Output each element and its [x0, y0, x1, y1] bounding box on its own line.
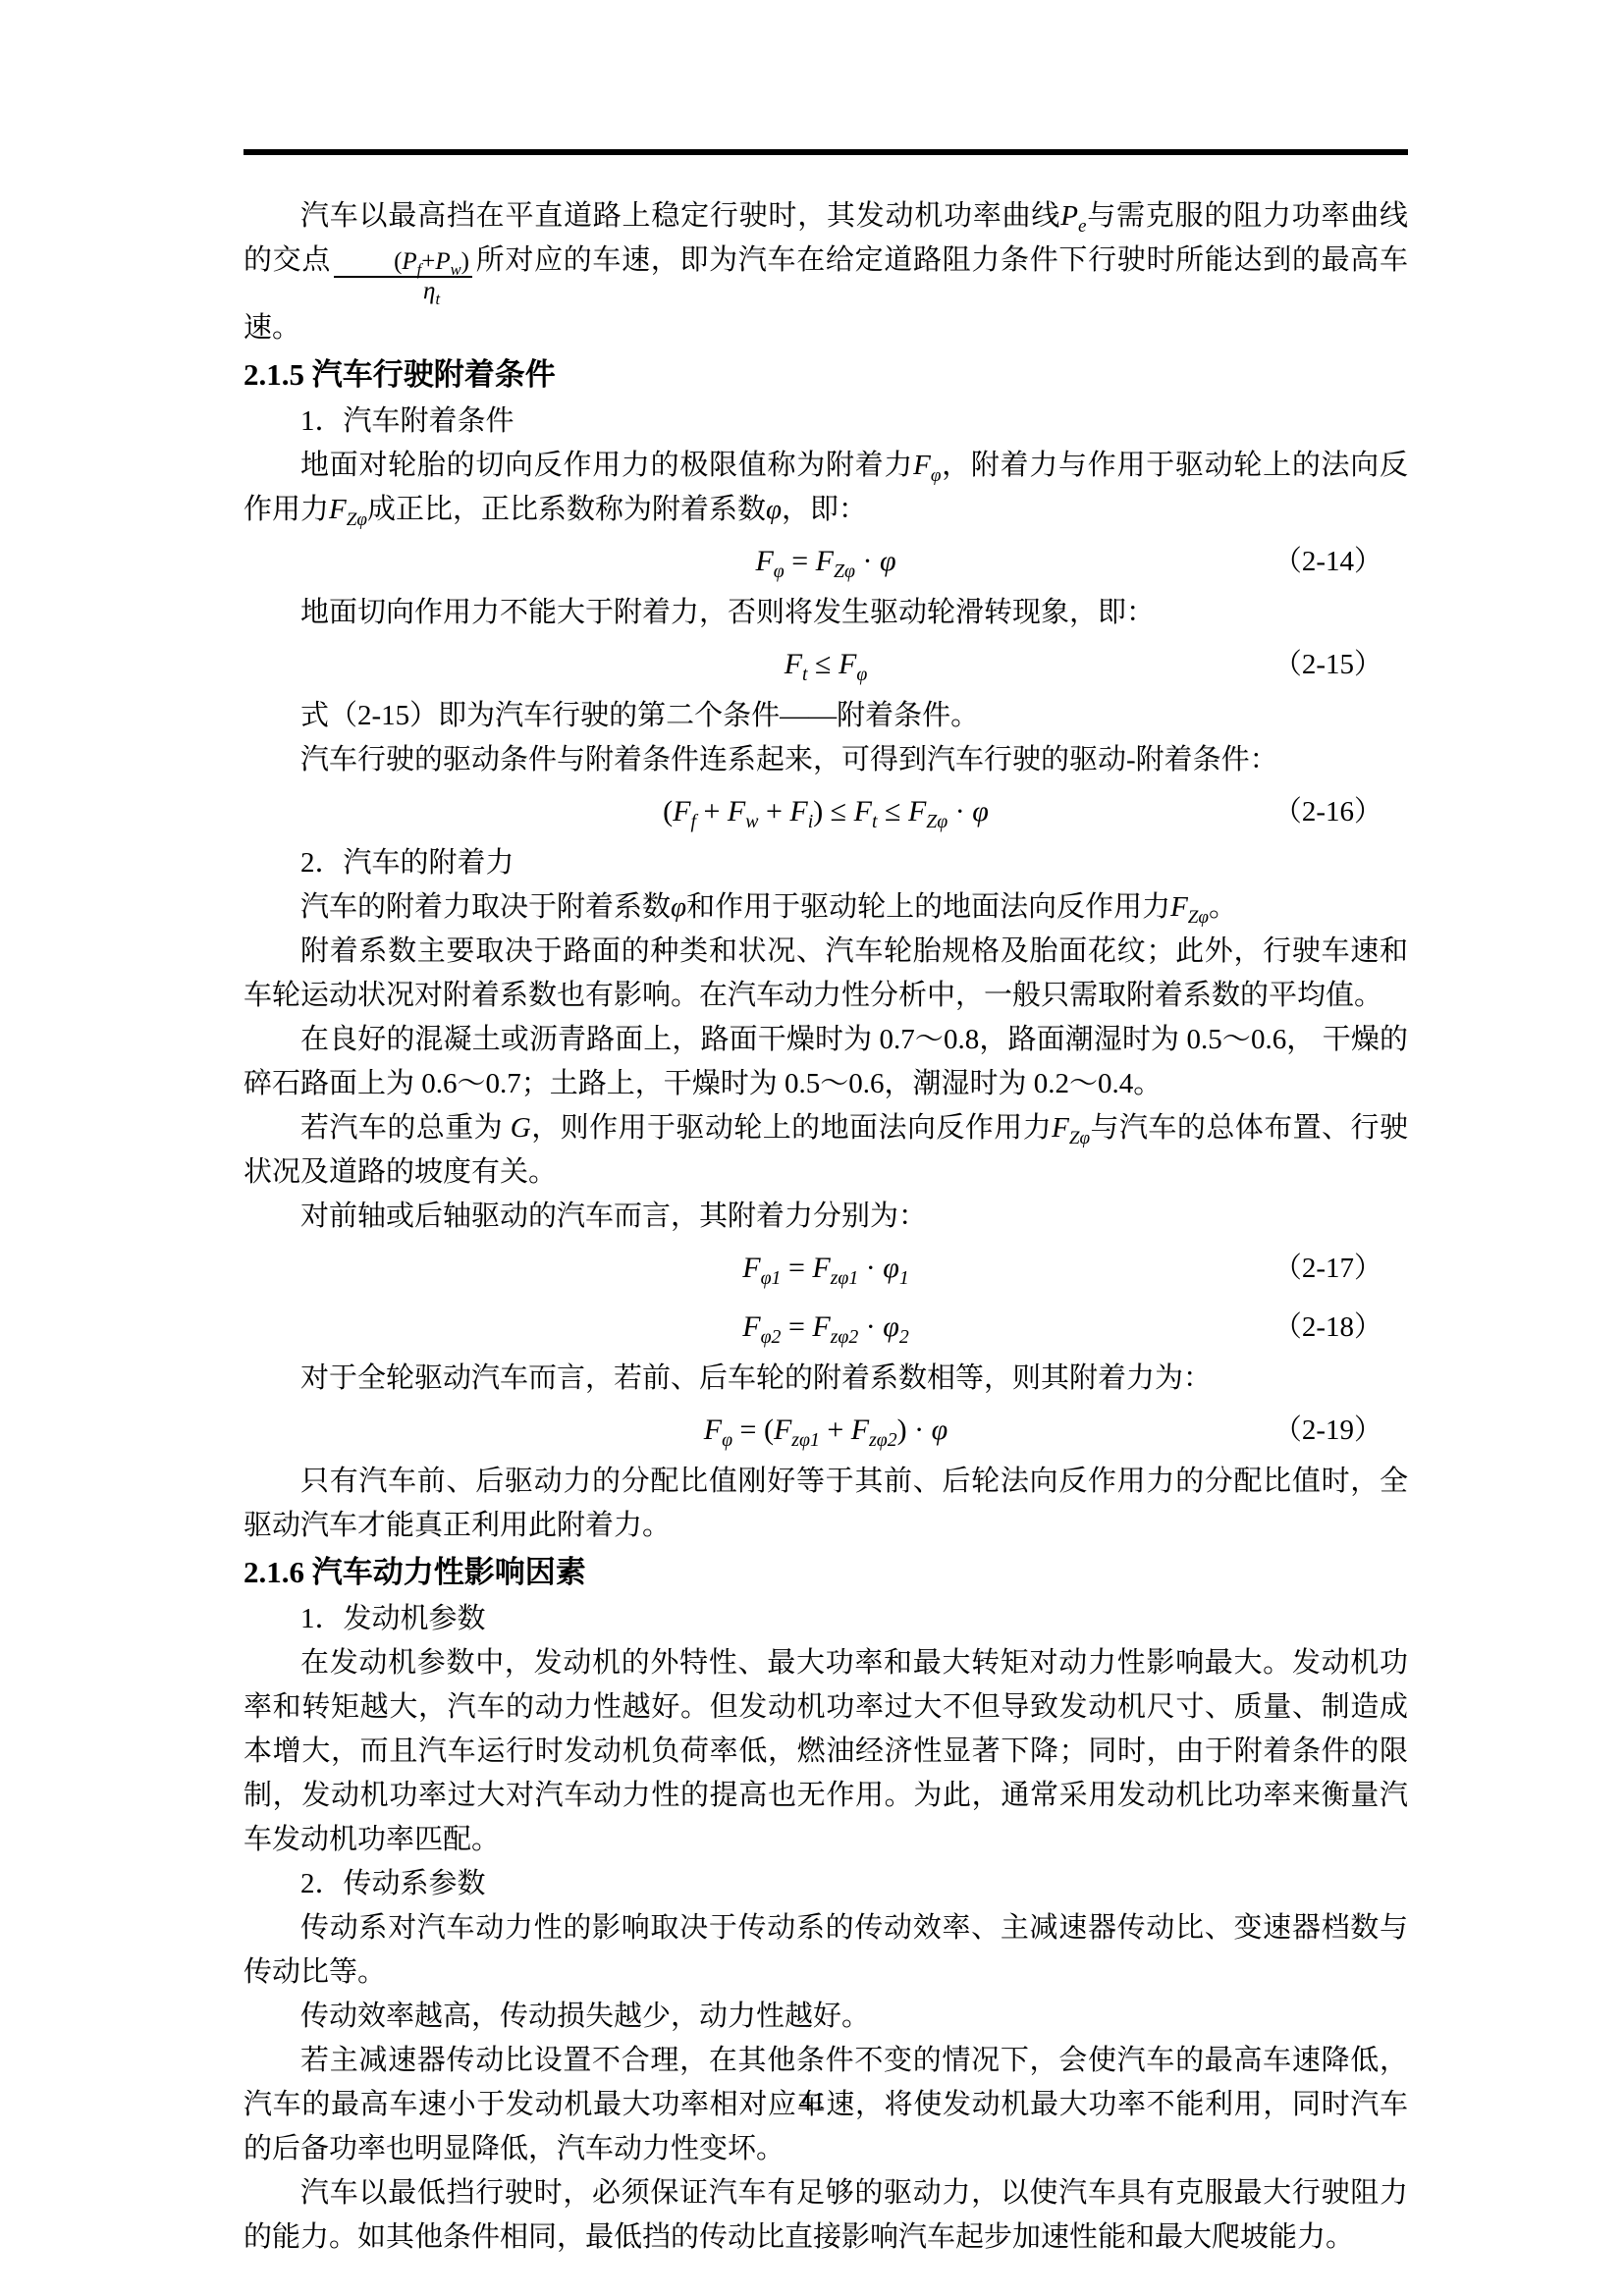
math-run: Fw: [728, 795, 759, 828]
subscript: φ2: [761, 1326, 782, 1348]
math-run: φ: [671, 891, 686, 923]
text-run: 只有汽车前、后驱动力的分配比值刚好等于其前、后轮法向反作用力的分配比值时，全驱动…: [244, 1466, 1408, 1541]
subscript: φ: [856, 664, 867, 685]
math-run: φ: [880, 545, 896, 577]
paragraph: 只有汽车前、后驱动力的分配比值刚好等于其前、后轮法向反作用力的分配比值时，全驱动…: [244, 1460, 1408, 1548]
fraction-numerator: (Pf+Pw): [334, 248, 472, 277]
math-run: Pf: [402, 248, 421, 275]
document-page: 汽车以最高挡在平直道路上稳定行驶时，其发动机功率曲线Pe与需克服的阻力功率曲线的…: [0, 0, 1624, 2296]
paragraph: 在良好的混凝土或沥青路面上，路面干燥时为 0.7～0.8，路面潮湿时为 0.5～…: [244, 1018, 1408, 1106]
math-run: Fzφ2: [851, 1414, 897, 1446]
equation-formula: Fφ1 = Fzφ1 · φ1: [742, 1252, 908, 1284]
paragraph: 传动效率越高，传动损失越少，动力性越好。: [244, 1995, 1408, 2039]
math-run: Fφ: [755, 545, 784, 577]
math-run: Fφ1: [742, 1252, 781, 1284]
math-run: Pe: [1060, 200, 1086, 232]
subscript: 2: [899, 1326, 909, 1348]
math-run: Fzφ1: [812, 1252, 858, 1284]
math-operator: +: [820, 1414, 851, 1446]
list-item-heading: 2．传动系参数: [244, 1862, 1408, 1906]
math-operator: ) ≤: [813, 795, 853, 828]
header-rule: [244, 149, 1408, 155]
text-run: 汽车的附着力取决于附着系数: [300, 891, 671, 923]
subscript: zφ1: [831, 1267, 859, 1289]
text-run: 地面对轮胎的切向反作用力的极限值称为附着力: [300, 450, 913, 481]
math-operator: +: [696, 795, 728, 828]
equation-formula: Fφ = FZφ · φ: [755, 545, 895, 577]
equation-row: Fφ = FZφ · φ（2-14）: [244, 532, 1408, 591]
math-operator: ·: [858, 1252, 883, 1284]
subscript: φ: [722, 1429, 732, 1451]
math-run: Ft: [854, 795, 878, 828]
math-run: FZφ: [329, 494, 367, 525]
subscript: w: [451, 260, 461, 279]
inline-fraction: (Pf+Pw)ηt: [334, 248, 472, 307]
math-run: FZφ: [908, 795, 947, 828]
equation-number: （2-19）: [1273, 1401, 1382, 1460]
paragraph: 地面对轮胎的切向反作用力的极限值称为附着力Fφ，附着力与作用于驱动轮上的法向反作…: [244, 444, 1408, 532]
equation-formula: (Ff + Fw + Fi) ≤ Ft ≤ FZφ · φ: [663, 795, 989, 828]
math-operator: ≤: [808, 648, 839, 680]
equation-row: Fφ1 = Fzφ1 · φ1（2-17）: [244, 1239, 1408, 1298]
text-run: 汽车以最高挡在平直道路上稳定行驶时，其发动机功率曲线: [300, 200, 1060, 232]
list-item-heading: 2．汽车的附着力: [244, 841, 1408, 885]
subscript: Zφ: [1188, 907, 1209, 928]
fraction-denominator: ηt: [334, 276, 472, 306]
text-run: 传动效率越高，传动损失越少，动力性越好。: [300, 2001, 870, 2032]
equation-row: Fφ2 = Fzφ2 · φ2（2-18）: [244, 1298, 1408, 1357]
math-operator: (: [663, 795, 673, 828]
math-run: Fφ: [839, 648, 867, 680]
equation-number: （2-14）: [1273, 532, 1382, 591]
paragraph: 若汽车的总重为 G，则作用于驱动轮上的地面法向反作用力FZφ与汽车的总体布置、行…: [244, 1106, 1408, 1195]
subscript: zφ2: [831, 1326, 859, 1348]
math-run: Ff: [673, 795, 696, 828]
math-operator: ·: [858, 1310, 883, 1343]
math-run: φ: [932, 1414, 948, 1446]
subscript: zφ2: [869, 1429, 897, 1451]
document-content: 汽车以最高挡在平直道路上稳定行驶时，其发动机功率曲线Pe与需克服的阻力功率曲线的…: [244, 194, 1408, 2260]
text-run: 汽车以最低挡行驶时，必须保证汽车有足够的驱动力，以使汽车具有克服最大行驶阻力的能…: [244, 2177, 1408, 2253]
paragraph: 汽车以最高挡在平直道路上稳定行驶时，其发动机功率曲线Pe与需克服的阻力功率曲线的…: [244, 194, 1408, 350]
text-run: 附着系数主要取决于路面的种类和状况、汽车轮胎规格及胎面花纹；此外，行驶车速和车轮…: [244, 935, 1408, 1011]
text-run: 地面切向作用力不能大于附着力，否则将发生驱动轮滑转现象，即：: [300, 597, 1155, 628]
text-run: ，则作用于驱动轮上的地面法向反作用力: [531, 1112, 1052, 1144]
text-run: ，即：: [782, 494, 867, 525]
math-operator: =: [785, 545, 816, 577]
equation-number: （2-15）: [1273, 635, 1382, 694]
section-heading: 2.1.6 汽车动力性影响因素: [244, 1548, 1408, 1597]
math-run: FZφ: [1170, 891, 1209, 923]
text-run: 式（2-15）即为汽车行驶的第二个条件——附着条件。: [300, 700, 979, 731]
math-operator: =: [781, 1252, 812, 1284]
math-operator: ·: [855, 545, 880, 577]
subscript: φ: [774, 561, 785, 582]
math-operator: = (: [732, 1414, 774, 1446]
list-item-heading: 1．发动机参数: [244, 1597, 1408, 1641]
paragraph: 对前轴或后轴驱动的汽车而言，其附着力分别为：: [244, 1195, 1408, 1239]
equation-formula: Fφ2 = Fzφ2 · φ2: [742, 1310, 908, 1343]
text-run: 对于全轮驱动汽车而言，若前、后车轮的附着系数相等，则其附着力为：: [300, 1362, 1212, 1394]
math-operator: ≤: [877, 795, 907, 828]
text-run: 成正比，正比系数称为附着系数: [367, 494, 766, 525]
math-run: FZφ: [816, 545, 855, 577]
equation-row: (Ff + Fw + Fi) ≤ Ft ≤ FZφ · φ（2-16）: [244, 782, 1408, 841]
math-run: G: [511, 1112, 531, 1144]
math-run: Fφ2: [742, 1310, 781, 1343]
math-run: φ: [766, 494, 782, 525]
math-operator: ): [461, 248, 469, 275]
text-run: 和作用于驱动轮上的地面法向反作用力: [686, 891, 1170, 923]
math-run: FZφ: [1052, 1112, 1090, 1144]
math-operator: +: [421, 248, 435, 275]
text-run: 对前轴或后轴驱动的汽车而言，其附着力分别为：: [300, 1201, 927, 1232]
subscript: φ1: [761, 1267, 782, 1289]
math-operator: =: [781, 1310, 812, 1343]
subscript: 1: [899, 1267, 909, 1289]
math-run: φ1: [883, 1252, 909, 1284]
text-run: 在良好的混凝土或沥青路面上，路面干燥时为 0.7～0.8，路面潮湿时为 0.5～…: [244, 1024, 1408, 1099]
paragraph: 在发动机参数中，发动机的外特性、最大功率和最大转矩对动力性影响最大。发动机功率和…: [244, 1641, 1408, 1862]
paragraph: 地面切向作用力不能大于附着力，否则将发生驱动轮滑转现象，即：: [244, 591, 1408, 635]
math-run: Fφ: [704, 1414, 732, 1446]
text-run: 汽车行驶的驱动条件与附着条件连系起来，可得到汽车行驶的驱动-附着条件：: [300, 744, 1278, 775]
paragraph: 附着系数主要取决于路面的种类和状况、汽车轮胎规格及胎面花纹；此外，行驶车速和车轮…: [244, 930, 1408, 1018]
page-number: 41: [0, 2087, 1624, 2117]
equation-row: Fφ = (Fzφ1 + Fzφ2) · φ（2-19）: [244, 1401, 1408, 1460]
math-run: Fi: [789, 795, 813, 828]
math-operator: ·: [947, 795, 972, 828]
math-run: Ft: [785, 648, 808, 680]
section-heading: 2.1.5 汽车行驶附着条件: [244, 350, 1408, 400]
equation-formula: Ft ≤ Fφ: [785, 648, 868, 680]
paragraph: 汽车以最低挡行驶时，必须保证汽车有足够的驱动力，以使汽车具有克服最大行驶阻力的能…: [244, 2171, 1408, 2260]
text-run: 在发动机参数中，发动机的外特性、最大功率和最大转矩对动力性影响最大。发动机功率和…: [244, 1647, 1408, 1855]
paragraph: 汽车的附着力取决于附着系数φ和作用于驱动轮上的地面法向反作用力FZφ。: [244, 885, 1408, 930]
text-run: 若汽车的总重为: [300, 1112, 511, 1144]
subscript: w: [745, 811, 758, 832]
math-run: φ: [972, 795, 989, 828]
math-run: ηt: [423, 278, 440, 304]
subscript: Zφ: [1069, 1128, 1090, 1148]
text-run: 。: [1209, 891, 1237, 923]
equation-number: （2-16）: [1273, 782, 1382, 841]
subscript: Zφ: [926, 811, 947, 832]
equation-number: （2-17）: [1273, 1239, 1382, 1298]
math-run: Fφ: [913, 450, 941, 481]
paragraph: 对于全轮驱动汽车而言，若前、后车轮的附着系数相等，则其附着力为：: [244, 1357, 1408, 1401]
math-operator: +: [758, 795, 789, 828]
subscript: φ: [931, 465, 942, 486]
list-item-heading: 1．汽车附着条件: [244, 400, 1408, 444]
paragraph: 汽车行驶的驱动条件与附着条件连系起来，可得到汽车行驶的驱动-附着条件：: [244, 738, 1408, 782]
subscript: t: [435, 290, 440, 308]
equation-number: （2-18）: [1273, 1298, 1382, 1357]
math-run: Fzφ2: [812, 1310, 858, 1343]
math-run: Pw: [435, 248, 460, 275]
equation-row: Ft ≤ Fφ（2-15）: [244, 635, 1408, 694]
math-run: Fzφ1: [774, 1414, 820, 1446]
subscript: Zφ: [834, 561, 855, 582]
subscript: Zφ: [347, 509, 367, 530]
equation-formula: Fφ = (Fzφ1 + Fzφ2) · φ: [704, 1414, 947, 1446]
math-run: φ2: [883, 1310, 909, 1343]
paragraph: 传动系对汽车动力性的影响取决于传动系的传动效率、主减速器传动比、变速器档数与传动…: [244, 1906, 1408, 1995]
math-operator: ) ·: [897, 1414, 932, 1446]
subscript: zφ1: [791, 1429, 820, 1451]
paragraph: 式（2-15）即为汽车行驶的第二个条件——附着条件。: [244, 694, 1408, 738]
text-run: 传动系对汽车动力性的影响取决于传动系的传动效率、主减速器传动比、变速器档数与传动…: [244, 1912, 1408, 1988]
